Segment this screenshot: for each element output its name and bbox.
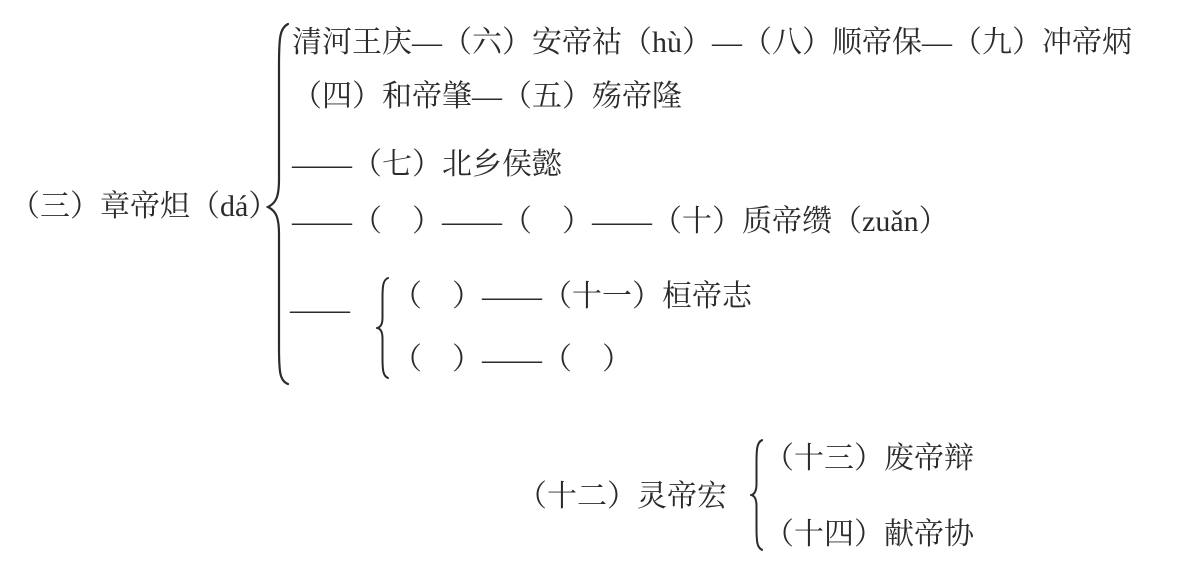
- tree1-branch-2: （四）和帝肇—（五）殇帝隆: [292, 78, 682, 116]
- tree1-branch-5-connector: ——: [290, 291, 350, 329]
- tree1-branch-4: ——（ ）——（ ）——（十）质帝缵（zuǎn）: [292, 203, 949, 241]
- tree2-root-brace-icon: [750, 438, 764, 552]
- tree1-root-brace-icon: [266, 21, 290, 387]
- genealogy-chart: （三）章帝炟（dá） 清河王庆—（六）安帝祜（hù）—（八）顺帝保—（九）冲帝炳…: [0, 0, 1182, 574]
- tree1-branch-5-brace-icon: [376, 276, 390, 380]
- tree1-branch-3: ——（七）北乡侯懿: [292, 146, 562, 184]
- tree1-branch-5-child-2: （ ）——（ ）: [392, 341, 632, 379]
- tree2-child-1: （十三）废帝辩: [764, 440, 974, 478]
- tree2-child-2: （十四）献帝协: [764, 516, 974, 554]
- tree1-branch-5-child-1: （ ）——（十一）桓帝志: [392, 278, 752, 316]
- tree1-branch-1: 清河王庆—（六）安帝祜（hù）—（八）顺帝保—（九）冲帝炳: [292, 24, 1132, 62]
- tree1-root-label: （三）章帝炟（dá）: [10, 188, 278, 226]
- tree2-root-label: （十二）灵帝宏: [517, 478, 727, 516]
